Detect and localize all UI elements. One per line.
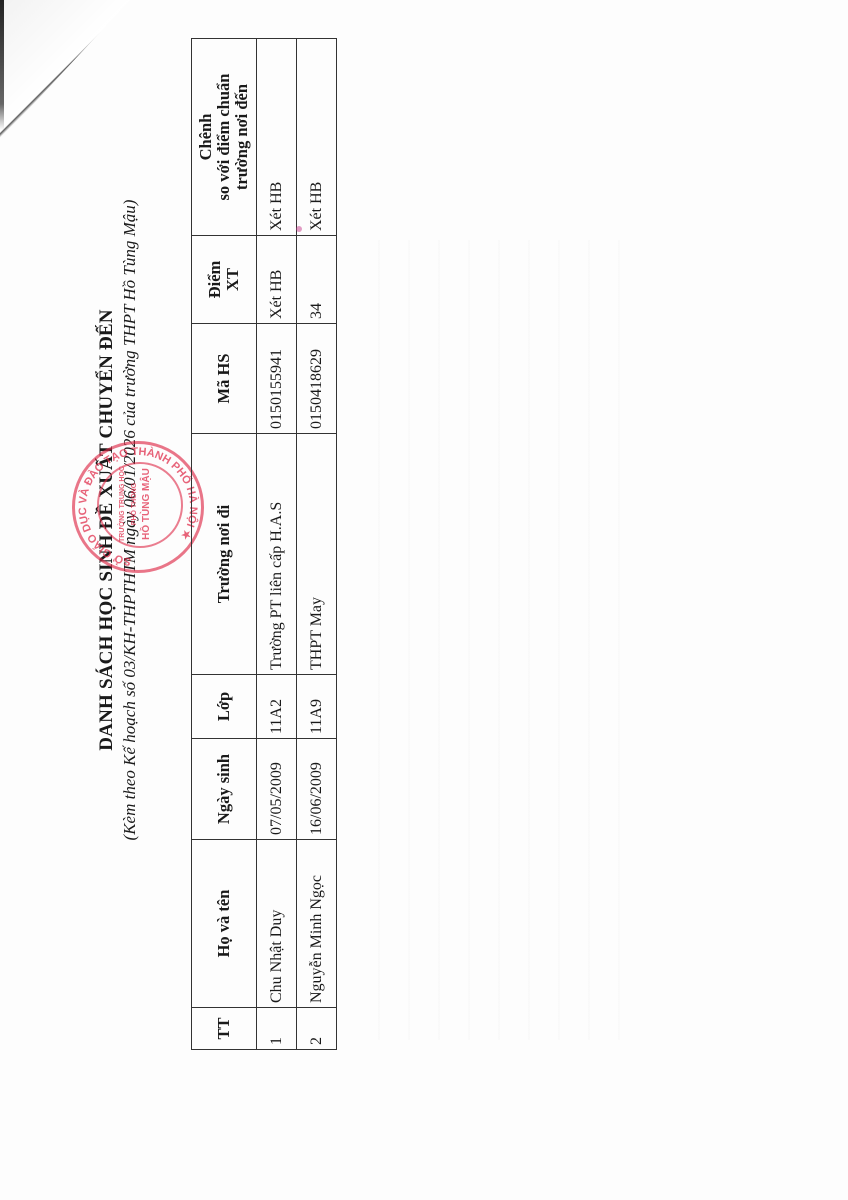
header-name: Họ và tên	[192, 840, 257, 1008]
table-row: 2 Nguyễn Minh Ngọc 16/06/2009 11A9 THPT …	[297, 39, 337, 1050]
header-from-school: Trường nơi đi	[192, 434, 257, 675]
header-score-line1: Điểm	[206, 240, 224, 319]
cell-tt: 2	[297, 1008, 337, 1050]
header-score: Điểm XT	[192, 236, 257, 324]
cell-from-school: THPT May	[297, 434, 337, 675]
cell-name: Chu Nhật Duy	[257, 840, 297, 1008]
header-diff-line2: so với điểm chuẩn	[215, 43, 233, 231]
cell-student-id: 0150418629	[297, 324, 337, 434]
document-page: DANH SÁCH HỌC SINH ĐỀ XUẤT CHUYỂN ĐẾN (K…	[0, 0, 848, 1200]
document-subtitle: (Kèm theo Kế hoạch số 03/KH-THPTHTM ngày…	[120, 0, 140, 1200]
seal-inner-line2: HỒ TÙNG MẬU	[141, 464, 153, 544]
cell-dob: 16/06/2009	[297, 739, 337, 840]
table-row: 1 Chu Nhật Duy 07/05/2009 11A2 Trường PT…	[257, 39, 297, 1050]
cell-tt: 1	[257, 1008, 297, 1050]
cell-score: 34	[297, 236, 337, 324]
header-diff-line1: Chênh	[197, 43, 215, 231]
cell-dob: 07/05/2009	[257, 739, 297, 840]
header-diff-line3: trường nơi đến	[233, 43, 251, 231]
cell-class: 11A2	[257, 675, 297, 739]
header-student-id: Mã HS	[192, 324, 257, 434]
cell-class: 11A9	[297, 675, 337, 739]
header-class: Lớp	[192, 675, 257, 739]
table-header-row: TT Họ và tên Ngày sinh Lớp Trường nơi đi…	[192, 39, 257, 1050]
cell-student-id: 0150155941	[257, 324, 297, 434]
student-transfer-table: TT Họ và tên Ngày sinh Lớp Trường nơi đi…	[191, 38, 337, 1050]
cell-diff: Xét HB	[297, 39, 337, 236]
reverse-side-bleed-through	[360, 240, 620, 1040]
cell-from-school: Trường PT liên cấp H.A.S	[257, 434, 297, 675]
cell-diff: Xét HB	[257, 39, 297, 236]
header-score-line2: XT	[224, 240, 242, 319]
pink-ink-mark	[296, 226, 302, 232]
cell-name: Nguyễn Minh Ngọc	[297, 840, 337, 1008]
header-tt: TT	[192, 1008, 257, 1050]
document-title: DANH SÁCH HỌC SINH ĐỀ XUẤT CHUYỂN ĐẾN	[96, 0, 118, 1200]
cell-score: Xét HB	[257, 236, 297, 324]
header-diff: Chênh so với điểm chuẩn trường nơi đến	[192, 39, 257, 236]
header-dob: Ngày sinh	[192, 739, 257, 840]
